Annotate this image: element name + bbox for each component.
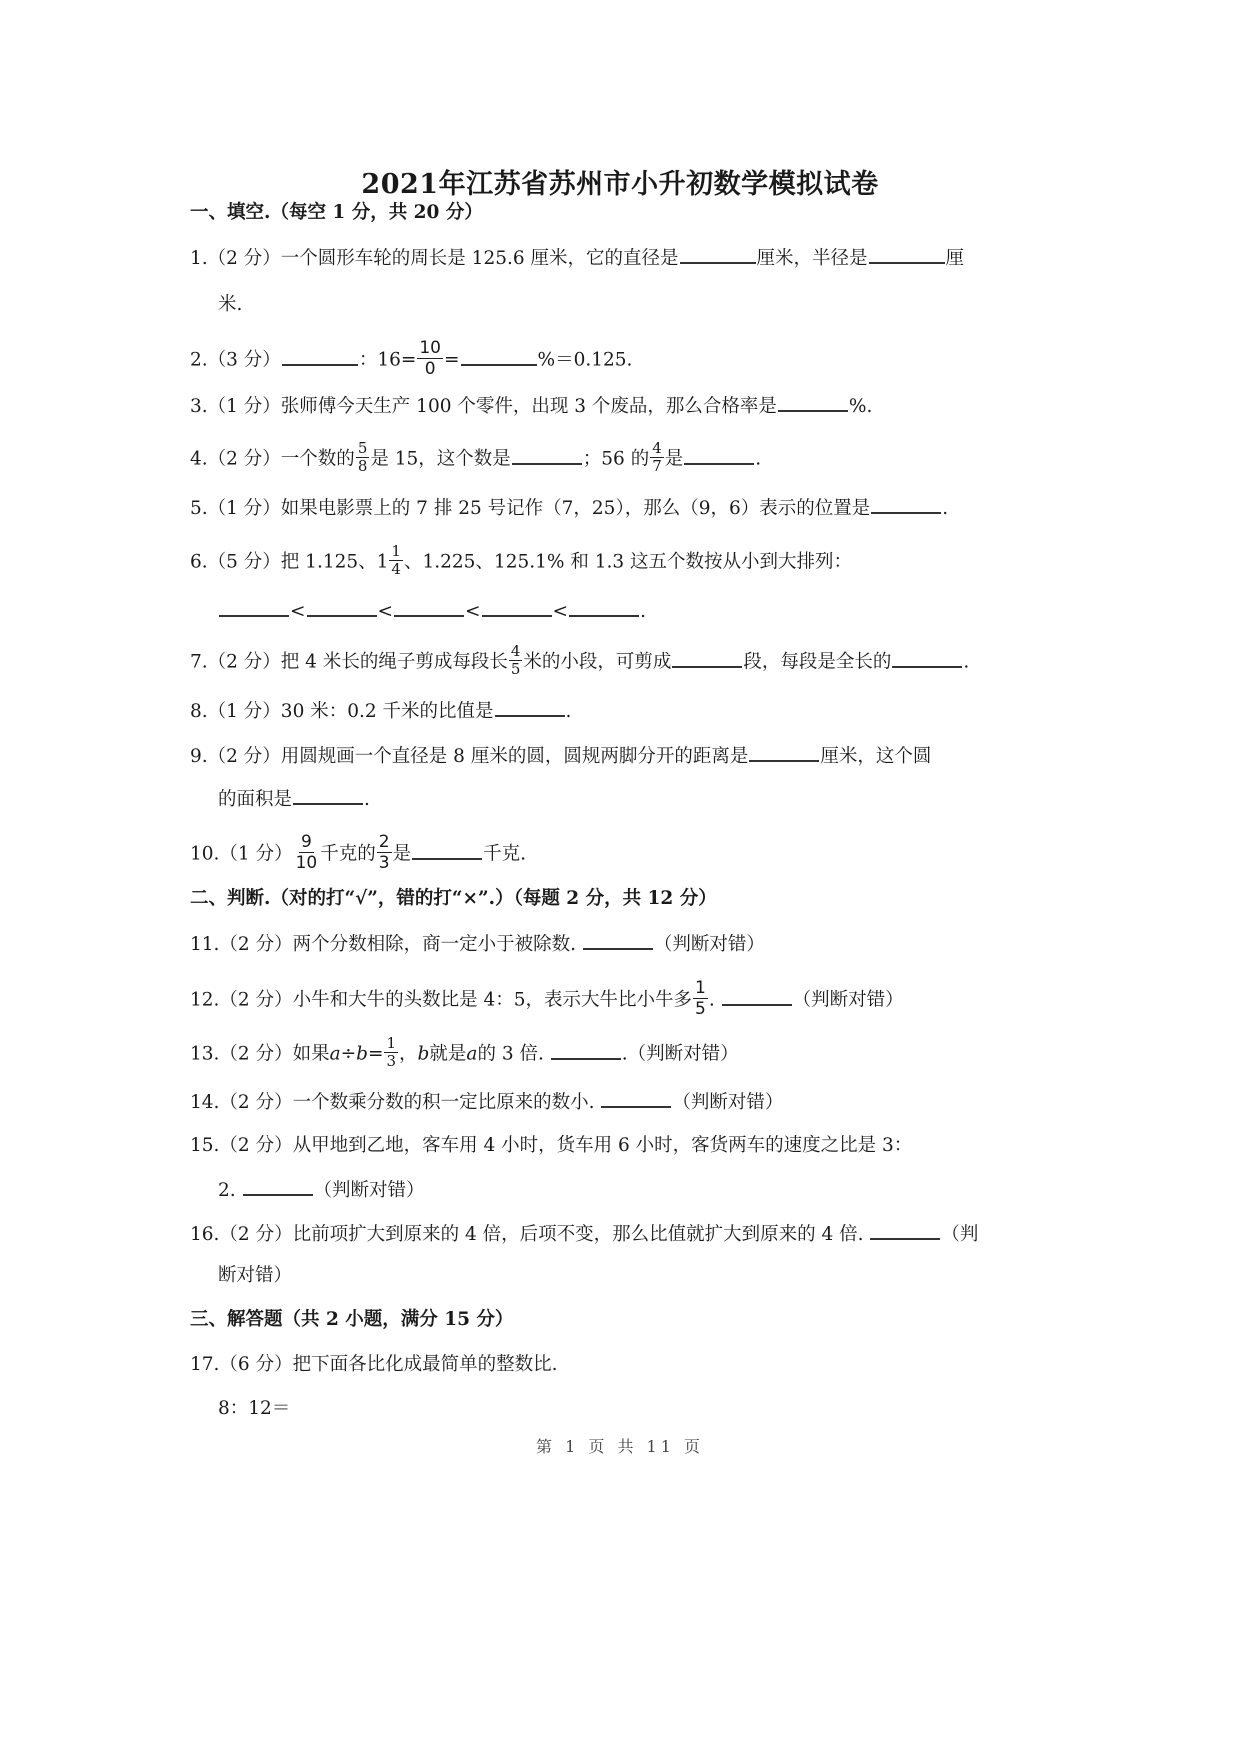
answer-blank[interactable] [394,595,464,617]
fraction: 14 [389,543,403,578]
question-17-subitem: 8：12＝ [218,1394,290,1424]
question-4: 4.（2 分）一个数的58是 15，这个数是；56 的47是. [190,442,761,472]
exam-page: 2021年江苏省苏州市小升初数学模拟试卷 一、填空.（每空 1 分，共 20 分… [0,0,1240,1754]
question-1-continued: 米. [218,290,242,320]
answer-blank[interactable] [282,344,358,366]
question-10: 10.（1 分）910千克的23是千克. [190,834,526,864]
question-6-ordering: <<<<. [218,595,646,625]
fraction: 47 [650,440,664,475]
answer-blank[interactable] [601,1086,671,1108]
answer-blank[interactable] [307,595,377,617]
answer-blank[interactable] [243,1174,313,1196]
question-6: 6.（5 分）把 1.125、114、1.225、125.1% 和 1.3 这五… [190,545,852,575]
answer-blank[interactable] [412,838,482,860]
answer-blank[interactable] [749,740,819,762]
answer-blank[interactable] [672,646,742,668]
question-7: 7.（2 分）把 4 米长的绳子剪成每段长45米的小段，可剪成段，每段是全长的. [190,645,969,675]
question-12: 12.（2 分）小牛和大牛的头数比是 4：5，表示大牛比小牛多15. （判断对错… [190,980,904,1010]
answer-blank[interactable] [680,242,756,264]
answer-blank[interactable] [219,595,289,617]
answer-blank[interactable] [551,1038,621,1060]
question-16: 16.（2 分）比前项扩大到原来的 4 倍，后项不变，那么比值就扩大到原来的 4… [190,1218,978,1248]
question-3: 3.（1 分）张师傅今天生产 100 个零件，出现 3 个废品，那么合格率是%. [190,390,872,420]
section-heading-true-false: 二、判断.（对的打“√”，错的打“×”.）（每题 2 分，共 12 分） [190,884,717,914]
fraction: 910 [294,832,320,873]
answer-blank[interactable] [495,695,565,717]
page-title: 2021年江苏省苏州市小升初数学模拟试卷 [0,162,1240,201]
section-heading-solve: 三、解答题（共 2 小题，满分 15 分） [190,1305,513,1335]
answer-blank[interactable] [482,595,552,617]
question-9-continued: 的面积是. [218,783,370,813]
fraction: 100 [417,338,443,379]
question-9: 9.（2 分）用圆规画一个直径是 8 厘米的圆，圆规两脚分开的距离是厘米，这个圆 [190,740,931,770]
fraction: 58 [356,440,370,475]
answer-blank[interactable] [722,984,792,1006]
question-5: 5.（1 分）如果电影票上的 7 排 25 号记作（7，25），那么（9，6）表… [190,492,948,522]
answer-blank[interactable] [512,443,582,465]
question-17: 17.（6 分）把下面各比化成最简单的整数比. [190,1350,557,1380]
answer-blank[interactable] [870,1218,940,1240]
fraction-blank-box[interactable]: 0 [423,359,438,379]
answer-blank[interactable] [569,595,639,617]
fraction: 45 [509,643,523,678]
question-11: 11.（2 分）两个分数相除，商一定小于被除数. （判断对错） [190,928,765,958]
question-8: 8.（1 分）30 米：0.2 千米的比值是. [190,695,571,725]
question-16-continued: 断对错） [218,1261,292,1291]
question-15: 15.（2 分）从甲地到乙地，客车用 4 小时，货车用 6 小时，客货两车的速度… [190,1131,912,1161]
question-1: 1.（2 分）一个圆形车轮的周长是 125.6 厘米，它的直径是厘米，半径是厘 [190,242,964,272]
section-heading-fill-blank: 一、填空.（每空 1 分，共 20 分） [190,198,483,228]
fraction: 13 [384,1035,398,1070]
answer-blank[interactable] [778,390,848,412]
question-13: 13.（2 分）如果a÷b=13，b就是a的 3 倍. .（判断对错） [190,1037,739,1067]
fraction: 15 [693,978,708,1019]
fraction: 23 [377,832,392,873]
answer-blank[interactable] [583,928,653,950]
question-15-continued: 2. （判断对错） [218,1174,425,1204]
answer-blank[interactable] [461,344,537,366]
answer-blank[interactable] [869,242,945,264]
answer-blank[interactable] [684,443,754,465]
question-2: 2.（3 分）：16=100=%＝0.125. [190,340,632,370]
page-footer: 第 1 页 共 11 页 [0,1434,1240,1457]
question-14: 14.（2 分）一个数乘分数的积一定比原来的数小. （判断对错） [190,1086,783,1116]
answer-blank[interactable] [293,783,363,805]
answer-blank[interactable] [871,492,941,514]
answer-blank[interactable] [892,646,962,668]
